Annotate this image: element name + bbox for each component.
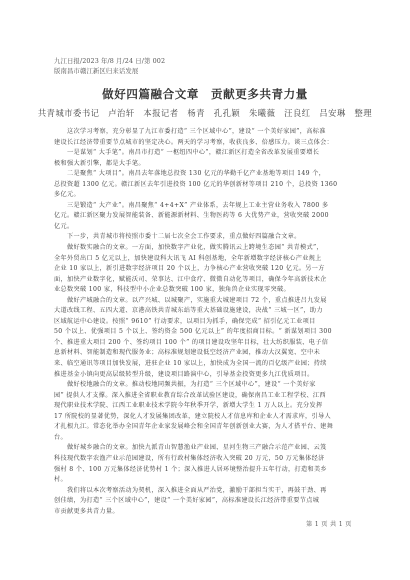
body-text-line: 二是聚焦“ 大项目”。南昌去年落地总投资 130 亿元的华勤千亿产业基地等项目 … bbox=[54, 169, 358, 180]
body-text-line: 总投资超 1300 亿元。赣江新区去年引进投资 100 亿元的华创新材等项目 2… bbox=[54, 180, 358, 191]
body-text-line: 区域航运中心建设。按照“ 9610” 行动要求，以项目为抓手，确保完成“ 招引亿… bbox=[54, 317, 358, 328]
article-body: 这次学习考察，充分彰显了九江市委打造“ 三个区域中心”，建设“ 一个美好家园”，… bbox=[54, 127, 358, 517]
body-text-line: 一是谋划“ 大手笔”。南昌市打造“ 一枢纽四中心”，赣江新区打造全省改革发展重要… bbox=[54, 148, 358, 159]
page-indicator: 第 1 页 共 1 页 bbox=[306, 519, 352, 528]
body-text-line: 现代职业技术学院、江西工业职业技术学院今年秋季开学，新增大学生 1 万人以上。充… bbox=[54, 401, 358, 412]
body-text-line: 这次学习考察，充分彰显了九江市委打造“ 三个区域中心”，建设“ 一个美好家园”，… bbox=[54, 127, 358, 138]
body-text-line: 强村 8 个、100 万元集体经济优势村 1 个；深入推进人居环境整治提升五年行… bbox=[54, 465, 358, 476]
body-text-line: 极和强大新引擎，都是大手笔。 bbox=[54, 159, 358, 170]
body-text-line: 亿元。 bbox=[54, 222, 358, 233]
body-text-line: 才扎根九江。常态化举办全国青年企业家发展峰会和全国青年创新创业大赛，为人才搭平台… bbox=[54, 422, 358, 433]
body-text-line: 创佳绩，为打造“ 三个区域中心”，建设“ 一个美好家园”，高标准建设长江经济带重… bbox=[54, 496, 358, 507]
body-text-line: 企业 10 家以上，新引进数字经济项目 20 个以上，力争核心产业营收突破 12… bbox=[54, 264, 358, 275]
body-text-line: 亿元。赣江新区聚力发展智能装备、新能源新材料、生物医药等 6 大优势产业，营收突… bbox=[54, 211, 358, 222]
body-text-line: 做好产城融合的文章。以产兴城、以城聚产，实施重大城建项目 72 个，重点推进吕九… bbox=[54, 296, 358, 307]
body-text-line: 我们将以本次考察活动为契机，深入推进全面从严治党，激励干部担当实干，再鼓干劲、再 bbox=[54, 486, 358, 497]
body-text-line: 村。 bbox=[54, 475, 358, 486]
body-text-line: 个、推进重大项目 200 个、签约项目 100 个” 的项目建设攻坚年目标，壮大… bbox=[54, 338, 358, 349]
body-text-line: 全年外贸出口 5 亿元以上，加快建设科大讯飞 AI 科创基地，全年新增数字经济核… bbox=[54, 254, 358, 265]
body-text-line: 推进基金小镇向更高层级转型升级，建设项目路演中心，引导基金投资更多九江优质项目。 bbox=[54, 370, 358, 381]
body-text-line: 园” 提供人才支撑。深入推进全省职业教育综合改革试验区建设，确保南昌工业工程学校… bbox=[54, 391, 358, 402]
body-text-line: 50 个以上、优强项目 5 个以上、签约资金 500 亿元以上” 的年度招商目标… bbox=[54, 327, 358, 338]
body-text-line: 17 所院校的显著优势，深化人才发展集团改革，建立院校人才信息库和企业人才需求库… bbox=[54, 412, 358, 423]
article-title: 做好四篇融合文章 贡献更多共青力量 bbox=[0, 86, 410, 102]
body-text-line: 市贡献更多共青力量。 bbox=[54, 507, 358, 518]
article-byline: 共青城市委书记 卢治轩 本报记者 杨青 孔孔颖 朱曦薇 汪良红 吕安琳 整理 bbox=[0, 107, 410, 119]
body-text-line: 业总数突破 100 家，科技型中小企业总数突破 100 家，独角兽企业实现零突破… bbox=[54, 285, 358, 296]
body-text-line: 建设长江经济带重要节点城市的坚定决心。两天的学习考察，收获良多、倍感压力。谈三点… bbox=[54, 138, 358, 149]
body-text-line: 台。 bbox=[54, 433, 358, 444]
body-text-line: 下一步，共青城市将按照市委十二届七次全会工作要求，重点做好四篇融合文章。 bbox=[54, 232, 358, 243]
body-text-line: 三是锻造“ 大产业”。南昌聚焦“ 4+4+X” 产业体系，去年规上工业主营业务收… bbox=[54, 201, 358, 212]
document-page: 九江日报/2023 年/8 月/24 日/第 002 版南昌市赣江新区归来话发展… bbox=[0, 0, 410, 580]
body-text-line: 做好校地融合的文章。推动校地同频共振，为打造“ 三个区域中心”，建设“ 一个美好… bbox=[54, 380, 358, 391]
section-line: 版南昌市赣江新区归来话发展 bbox=[54, 66, 138, 75]
body-text-line: 息新材料、智能制造和现代服务业；高标准规划建设低空经济产业园，推动大汉翼宽、空中… bbox=[54, 348, 358, 359]
body-text-line: 做好城乡融合的文章。加快九派青山智慧渔业产业园、星河生物三产融合示范产业园、云笈 bbox=[54, 443, 358, 454]
source-line: 九江日报/2023 年/8 月/24 日/第 002 bbox=[54, 56, 165, 65]
body-text-line: 多亿元。 bbox=[54, 190, 358, 201]
body-text-line: 大道改线工程、五四大道、京港高铁共青城东站等重大基础设施建设，决战“ 三城一区”… bbox=[54, 306, 358, 317]
body-text-line: 面，加快产业数字化，赋能沃司、荣事达、江中食疗、微微自动化等项目，确保今年高新技… bbox=[54, 275, 358, 286]
body-text-line: 来、临空通讯等项目加快发展，进驻企业 10 家以上，加快成为全国一流的百亿级产业… bbox=[54, 359, 358, 370]
body-text-line: 科技现代数字农渔产业示范园建设，所有行政村集体经济收入突破 20 万元，50 万… bbox=[54, 454, 358, 465]
body-text-line: 做好数实融合的文章。一方面，加快数字产业化，做实腾讯云上跨境生态园“ 共青模式”… bbox=[54, 243, 358, 254]
